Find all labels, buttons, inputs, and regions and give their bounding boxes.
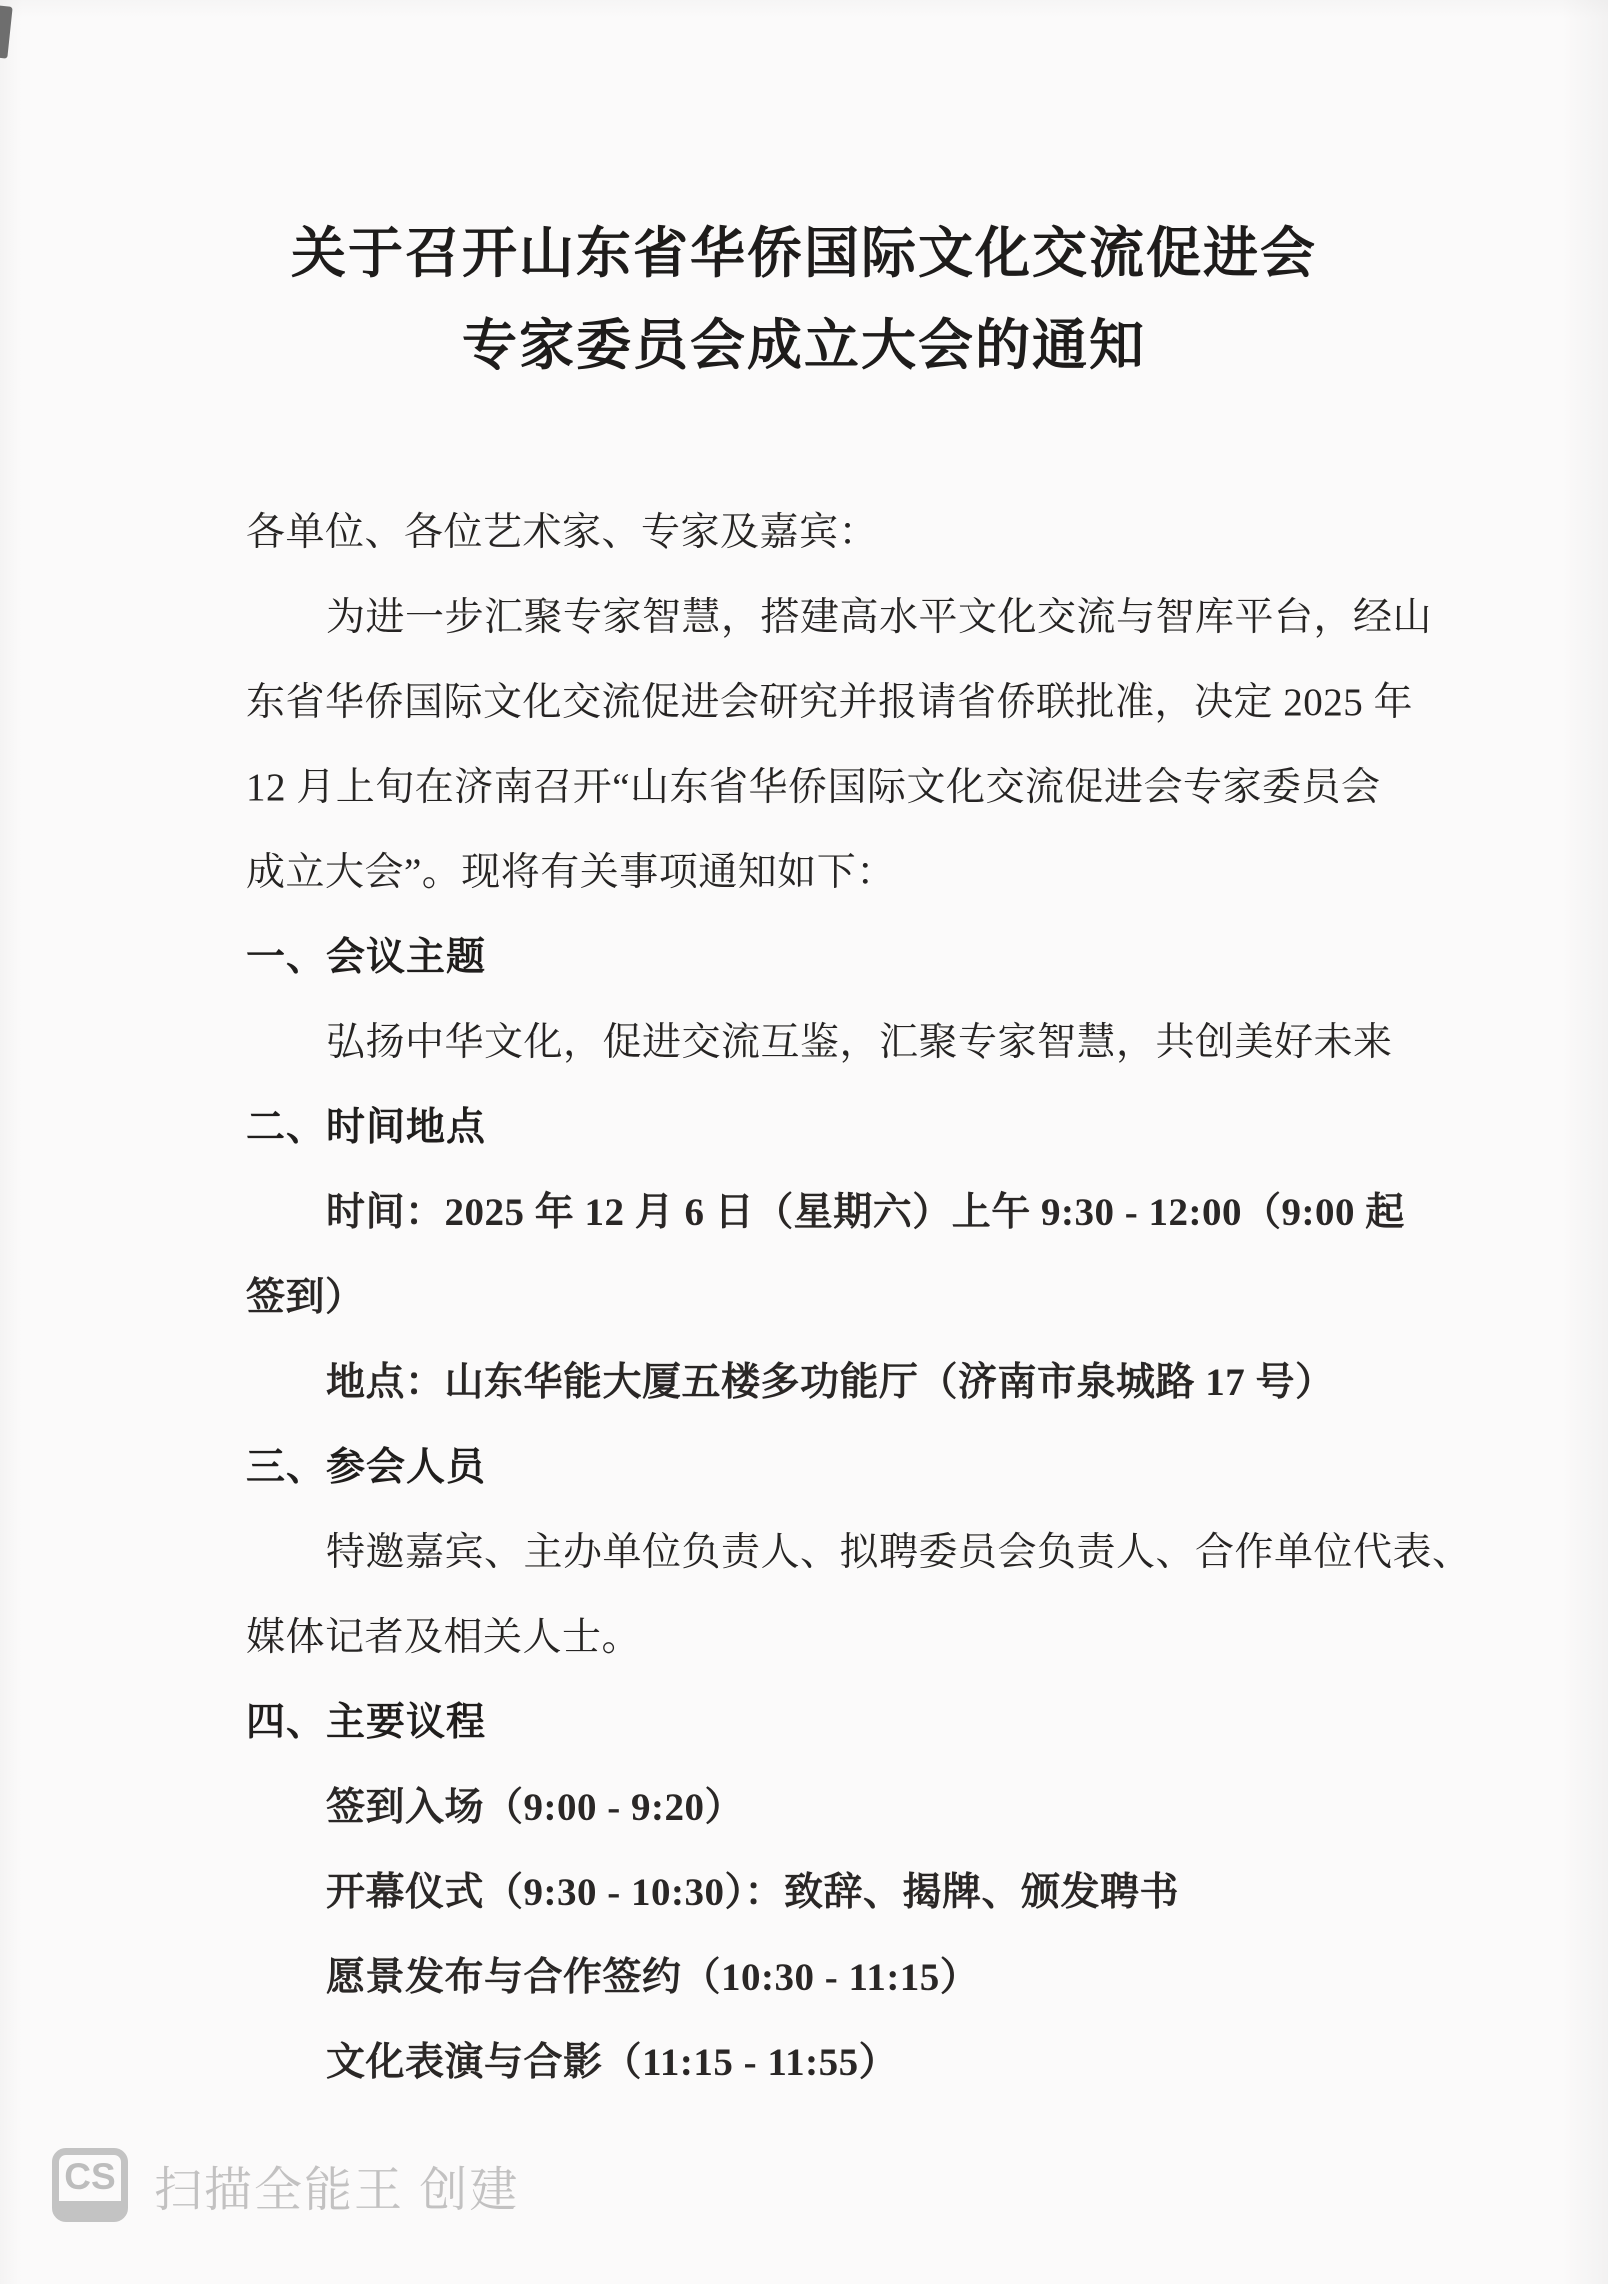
camscanner-watermark: CS 扫描全能王 创建 — [52, 2148, 519, 2222]
section-heading: 一、会议主题 — [246, 911, 1408, 996]
text-line: 各单位、各位艺术家、专家及嘉宾： — [246, 486, 1408, 571]
document-title-line2: 专家委员会成立大会的通知 — [120, 300, 1488, 392]
watermark-label: 扫描全能王 创建 — [154, 2151, 519, 2220]
text-line: 签到入场（9:00 - 9:20） — [246, 1761, 1408, 1846]
section-heading: 三、参会人员 — [246, 1421, 1408, 1506]
text-line: 成立大会”。现将有关事项通知如下： — [246, 826, 1408, 911]
notice-document: 关于召开山东省华侨国际文化交流促进会 专家委员会成立大会的通知 各单位、各位艺术… — [0, 0, 1608, 2101]
text-line: 特邀嘉宾、主办单位负责人、拟聘委员会负责人、合作单位代表、 — [246, 1506, 1408, 1591]
text-line: 12 月上旬在济南召开“山东省华侨国际文化交流促进会专家委员会 — [246, 741, 1408, 826]
text-line: 为进一步汇聚专家智慧，搭建高水平文化交流与智库平台，经山 — [246, 571, 1408, 656]
text-line: 媒体记者及相关人士。 — [246, 1591, 1408, 1676]
text-line: 弘扬中华文化，促进交流互鉴，汇聚专家智慧，共创美好未来 — [246, 996, 1408, 1081]
camscanner-logo-text: CS — [64, 2155, 115, 2199]
text-line: 签到） — [246, 1251, 1408, 1336]
text-line: 时间：2025 年 12 月 6 日（星期六）上午 9:30 - 12:00（9… — [246, 1166, 1408, 1251]
document-title: 关于召开山东省华侨国际文化交流促进会 专家委员会成立大会的通知 — [120, 208, 1488, 392]
text-line: 开幕仪式（9:30 - 10:30）：致辞、揭牌、颁发聘书 — [246, 1846, 1408, 1931]
camscanner-logo-bar — [58, 2201, 122, 2216]
text-line: 地点：山东华能大厦五楼多功能厅（济南市泉城路 17 号） — [246, 1336, 1408, 1421]
document-body: 各单位、各位艺术家、专家及嘉宾：为进一步汇聚专家智慧，搭建高水平文化交流与智库平… — [0, 486, 1608, 2101]
text-line: 文化表演与合影（11:15 - 11:55） — [246, 2016, 1408, 2101]
scanned-document-page: { "page": { "background_color": "#fbfafa… — [0, 0, 1608, 2284]
text-line: 东省华侨国际文化交流促进会研究并报请省侨联批准，决定 2025 年 — [246, 656, 1408, 741]
document-title-line1: 关于召开山东省华侨国际文化交流促进会 — [120, 208, 1488, 300]
text-line: 愿景发布与合作签约（10:30 - 11:15） — [246, 1931, 1408, 2016]
section-heading: 二、时间地点 — [246, 1081, 1408, 1166]
camscanner-logo-icon: CS — [52, 2148, 128, 2222]
section-heading: 四、主要议程 — [246, 1676, 1408, 1761]
